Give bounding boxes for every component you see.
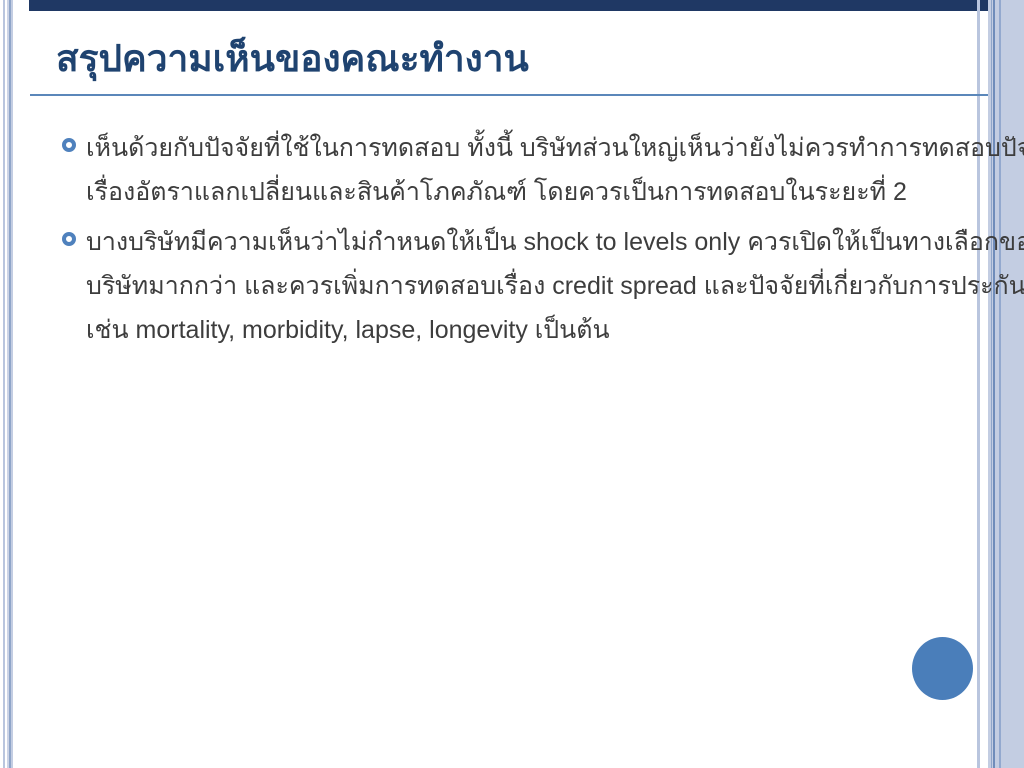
bullet-text: บางบริษัทมีความเห็นว่าไม่กำหนดให้เป็น sh… (86, 220, 1024, 352)
bullet-item: บางบริษัทมีความเห็นว่าไม่กำหนดให้เป็น sh… (62, 220, 967, 352)
right-edge-pinstripe (993, 0, 995, 768)
top-accent-bar (29, 0, 988, 11)
bullet-line: เรื่องอัตราแลกเปลี่ยนและสินค้าโภคภัณฑ์ โ… (86, 170, 1024, 214)
decorative-circle (912, 637, 973, 700)
title-underline (30, 94, 988, 96)
slide-title: สรุปความเห็นของคณะทำงาน (56, 34, 936, 84)
bullet-line: เห็นด้วยกับปัจจัยที่ใช้ในการทดสอบ ทั้งนี… (86, 126, 1024, 170)
right-edge-pinstripe (999, 0, 1001, 768)
ring-bullet-icon (62, 232, 76, 246)
ring-bullet-icon (62, 138, 76, 152)
left-edge-pinstripe (3, 0, 5, 768)
bullet-item: เห็นด้วยกับปัจจัยที่ใช้ในการทดสอบ ทั้งนี… (62, 126, 967, 214)
left-edge-pinstripe (11, 0, 13, 768)
right-edge-pinstripe (991, 0, 992, 768)
bullet-line: บางบริษัทมีความเห็นว่าไม่กำหนดให้เป็น sh… (86, 220, 1024, 264)
bullet-line: เช่น mortality, morbidity, lapse, longev… (86, 308, 1024, 352)
right-edge-pinstripe (977, 0, 980, 768)
bullet-text: เห็นด้วยกับปัจจัยที่ใช้ในการทดสอบ ทั้งนี… (86, 126, 1024, 214)
bullet-line: บริษัทมากกว่า และควรเพิ่มการทดสอบเรื่อง … (86, 264, 1024, 308)
presentation-slide: สรุปความเห็นของคณะทำงาน เห็นด้วยกับปัจจั… (0, 0, 1024, 768)
